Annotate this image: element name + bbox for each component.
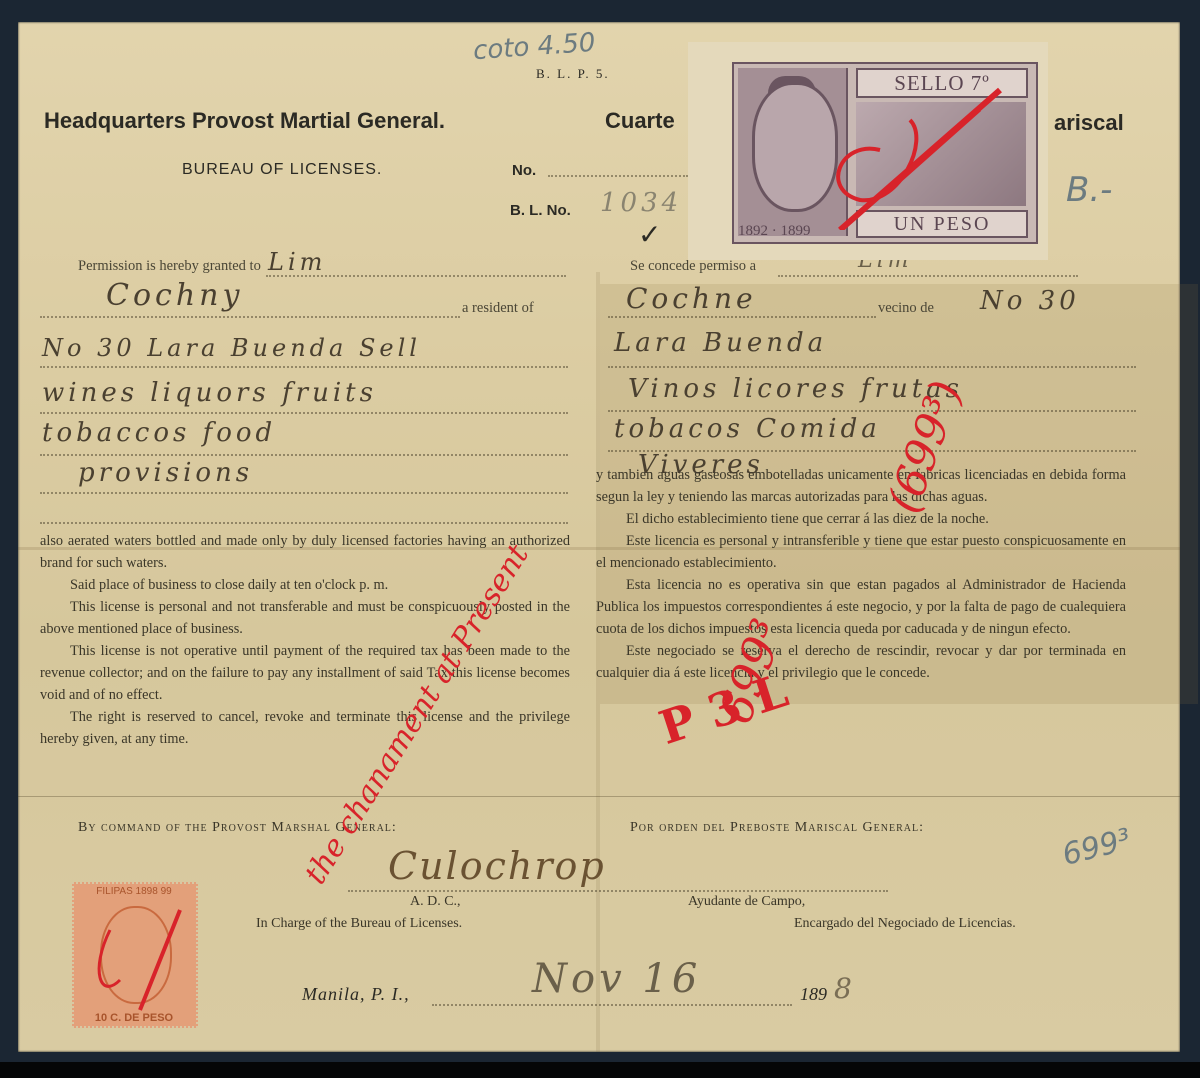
es-handwritten-line-2: Vinos licores frutas	[628, 374, 963, 404]
es-term-paragraph: El dicho establecimiento tiene que cerra…	[596, 508, 1126, 530]
es-title-ayudante: Ayudante de Campo,	[688, 894, 805, 910]
title-english: Headquarters Provost Martial General.	[44, 108, 445, 134]
es-term-paragraph: Este licencia es personal y intransferib…	[596, 530, 1126, 574]
es-field-line	[608, 410, 1136, 412]
es-command-line: Por orden del Preboste Mariscal General:	[630, 820, 924, 836]
es-granted-label: Se concede permiso a	[630, 258, 756, 275]
signature: Culochrop	[388, 844, 606, 888]
revenue-stamp-sello-7: 1892 · 1899 SELLO 7º UN PESO	[732, 62, 1038, 244]
bl-no-label: B. L. No.	[510, 202, 571, 219]
en-term-paragraph: This license is not operative until paym…	[40, 640, 570, 706]
es-term-paragraph: Esta licencia no es operativa sin que es…	[596, 574, 1126, 640]
no-field-line	[548, 175, 688, 177]
year-handwritten-digit: 8	[834, 972, 852, 1005]
form-code: B. L. P. 5.	[536, 66, 610, 82]
shield-icon	[752, 82, 838, 212]
en-field-line	[40, 454, 568, 456]
stamp-title: SELLO 7º	[856, 68, 1028, 98]
place-label: Manila, P. I.,	[302, 984, 410, 1005]
title-spanish-left: Cuarte	[605, 108, 675, 134]
small-stamp-arms-icon	[100, 906, 172, 1004]
bureau-name: BUREAU OF LICENSES.	[182, 161, 382, 179]
section-divider	[18, 796, 1180, 797]
es-field-line	[778, 275, 1078, 277]
es-handwritten-line-1: Lara Buenda	[614, 328, 827, 358]
en-handwritten-line-2: wines liquors fruits	[42, 378, 377, 408]
small-revenue-stamp: FILIPAS 1898 99 10 C. DE PESO	[72, 882, 198, 1028]
es-resident-label: vecino de	[878, 300, 934, 317]
es-term-paragraph: Este negociado se reserva el derecho de …	[596, 640, 1126, 684]
signature-line	[348, 890, 888, 892]
en-field-line	[40, 316, 460, 318]
coat-of-arms-icon	[738, 68, 848, 236]
en-field-line	[266, 275, 566, 277]
pencil-cost-note: coto 4.50	[472, 28, 596, 66]
pencil-number: 699³	[1059, 822, 1135, 873]
check-mark: ✓	[638, 218, 661, 252]
stamp-year-right: 1899	[781, 223, 811, 239]
en-handwritten-line-4: provisions	[78, 458, 253, 488]
en-title-bureau: In Charge of the Bureau of Licenses.	[256, 916, 462, 932]
pencil-b-mark: B.-	[1066, 170, 1112, 210]
es-field-line	[608, 366, 1136, 368]
small-stamp-value: 10 C. DE PESO	[78, 1012, 190, 1024]
es-resident-number: No 30	[980, 286, 1080, 316]
date-handwritten: Nov 16	[532, 956, 701, 1002]
en-handwritten-line-1: No 30 Lara Buenda Sell	[42, 334, 421, 362]
date-line	[432, 1004, 792, 1006]
en-handwritten-line-3: tobaccos food	[42, 418, 276, 448]
es-term-paragraph: y tambien aguas gaseosas embotelladas un…	[596, 464, 1126, 508]
en-field-line	[40, 492, 568, 494]
no-label: No.	[512, 162, 536, 179]
en-field-line	[40, 522, 568, 524]
seated-figure-icon	[856, 102, 1026, 206]
stamp-value: UN PESO	[856, 210, 1028, 238]
es-field-line	[608, 316, 876, 318]
title-spanish-right: ariscal	[1054, 110, 1124, 136]
en-field-line	[40, 412, 568, 414]
en-term-paragraph: The right is reserved to cancel, revoke …	[40, 706, 570, 750]
en-granted-label: Permission is hereby granted to	[78, 258, 261, 275]
year-printed: 189	[800, 984, 827, 1005]
en-field-line	[40, 366, 568, 368]
scan-bottom-edge	[0, 1062, 1200, 1078]
en-resident-label: a resident of	[462, 300, 534, 317]
es-licensee-name: Cochne	[626, 282, 757, 315]
bl-no-value: 1034	[600, 188, 682, 218]
es-title-negociado: Encargado del Negociado de Licencias.	[794, 916, 1016, 932]
small-stamp-top-text: FILIPAS 1898 99	[78, 886, 190, 897]
en-granted-to: Lim	[268, 248, 326, 276]
stamp-years: 1892 · 1899	[738, 223, 811, 240]
stamp-year-left: 1892	[738, 223, 768, 239]
es-terms: y tambien aguas gaseosas embotelladas un…	[596, 464, 1126, 684]
en-licensee-name: Cochny	[106, 278, 243, 313]
en-title-adc: A. D. C.,	[410, 894, 461, 910]
es-handwritten-line-3: tobacos Comida	[614, 414, 881, 444]
